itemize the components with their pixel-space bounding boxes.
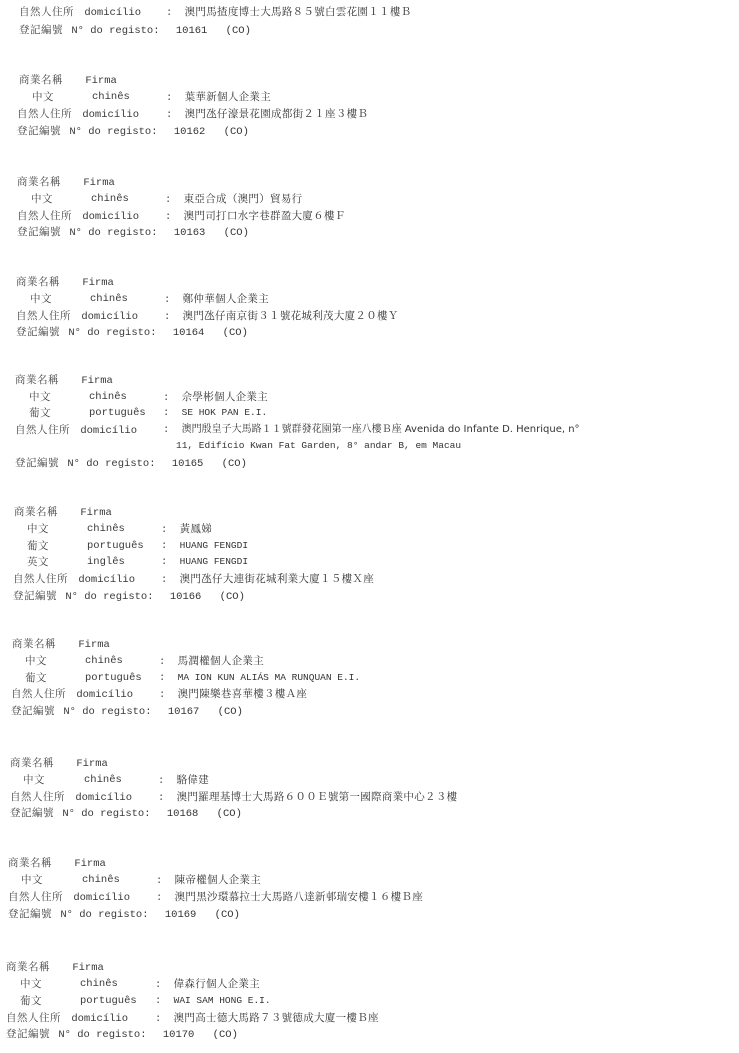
registo-label-pt: N° do registo: <box>62 808 150 820</box>
chines-label-pt: chinês <box>90 293 128 305</box>
firma-label-pt: Firma <box>82 277 114 289</box>
firma-label-zh: 商業名稱 <box>14 506 58 518</box>
domicilio-value: 澳門馬揸度博士大馬路８５號白雲花園１１樓Ｂ <box>185 6 412 18</box>
domicilio-label-zh: 自然人住所 <box>6 1012 61 1024</box>
chines-value: 偉森行個人企業主 <box>174 978 260 990</box>
chines-label-pt: chinês <box>87 523 125 535</box>
registo-label-zh: 登記編號 <box>13 590 57 602</box>
domicilio-label-pt: domicílio <box>81 311 138 323</box>
firma-label-pt: Firma <box>74 858 106 870</box>
portugues-value: WAI SAM HONG E.I. <box>174 995 271 1006</box>
registo-suffix: (CO) <box>224 227 249 239</box>
registo-suffix: (CO) <box>215 909 240 921</box>
portugues-label-pt: português <box>85 672 142 684</box>
firma-label-zh: 商業名稱 <box>6 961 50 973</box>
domicilio-label-zh: 自然人住所 <box>10 791 65 803</box>
registo-suffix: (CO) <box>223 327 248 339</box>
registo-number: 10164 <box>173 327 205 339</box>
colon: : <box>156 875 162 887</box>
chines-value: 鄭仲華個人企業主 <box>183 293 269 305</box>
firma-label-pt: Firma <box>83 177 115 189</box>
colon: : <box>158 775 164 787</box>
chines-label-zh: 中文 <box>25 655 47 667</box>
firma-label-pt: Firma <box>72 962 104 974</box>
colon: : <box>159 689 165 701</box>
colon: : <box>161 540 167 552</box>
domicilio-label-pt: domicílio <box>76 689 133 701</box>
domicilio-label-pt: domicílio <box>75 792 132 804</box>
domicilio-label-pt: domicílio <box>80 425 137 437</box>
chines-label-zh: 中文 <box>29 391 51 403</box>
chines-label-zh: 中文 <box>20 978 42 990</box>
domicilio-value: 澳門陳樂巷喜華樓３樓Ａ座 <box>178 688 308 700</box>
chines-label-pt: chinês <box>91 193 129 205</box>
colon: : <box>155 1013 161 1025</box>
registo-label-zh: 登記編號 <box>11 705 55 717</box>
colon: : <box>155 995 161 1007</box>
domicilio-value-continued: 11, Edifício Kwan Fat Garden, 8° andar B… <box>176 440 461 451</box>
portugues-label-pt: português <box>89 407 146 419</box>
registo-label-pt: N° do registo: <box>71 25 159 37</box>
chines-label-zh: 中文 <box>27 523 49 535</box>
firma-label-zh: 商業名稱 <box>17 176 61 188</box>
firma-label-pt: Firma <box>80 507 112 519</box>
chines-label-zh: 中文 <box>31 193 53 205</box>
chines-label-pt: chinês <box>80 978 118 990</box>
chines-value: 陳帝權個人企業主 <box>175 874 261 886</box>
colon: : <box>163 407 169 419</box>
registo-label-pt: N° do registo: <box>67 458 155 470</box>
registo-label-pt: N° do registo: <box>69 126 157 138</box>
firma-label-pt: Firma <box>78 639 110 651</box>
registo-suffix: (CO) <box>218 706 243 718</box>
registo-number: 10162 <box>174 126 206 138</box>
registo-label-zh: 登記編號 <box>17 226 61 238</box>
domicilio-value: 澳門氹仔濠景花園成都街２１座３樓Ｂ <box>185 108 369 120</box>
chines-label-zh: 中文 <box>23 774 45 786</box>
colon: : <box>156 892 162 904</box>
registo-label-zh: 登記編號 <box>19 24 63 36</box>
registo-number: 10169 <box>165 909 197 921</box>
colon: : <box>163 392 169 404</box>
domicilio-label-pt: domicílio <box>82 109 139 121</box>
registo-label-pt: N° do registo: <box>68 327 156 339</box>
registo-number: 10167 <box>168 706 200 718</box>
colon: : <box>166 92 172 104</box>
ingles-value: HUANG FENGDI <box>180 556 248 567</box>
chines-label-pt: chinês <box>89 391 127 403</box>
domicilio-label-zh: 自然人住所 <box>17 210 72 222</box>
chines-label-zh: 中文 <box>30 293 52 305</box>
colon: : <box>165 211 171 223</box>
colon: : <box>166 109 172 121</box>
registo-label-pt: N° do registo: <box>60 909 148 921</box>
colon: : <box>161 556 167 568</box>
domicilio-label-pt: domicílio <box>84 7 141 19</box>
domicilio-label-pt: domicílio <box>71 1013 128 1025</box>
portugues-label-zh: 葡文 <box>29 407 51 419</box>
firma-label-zh: 商業名稱 <box>16 276 60 288</box>
ingles-label-zh: 英文 <box>27 556 49 568</box>
registo-number: 10161 <box>176 25 208 37</box>
firma-label-pt: Firma <box>85 75 117 87</box>
domicilio-value: 澳門氹仔大連街花城利業大廈１５樓Ｘ座 <box>180 573 374 585</box>
registo-suffix: (CO) <box>224 126 249 138</box>
domicilio-label-zh: 自然人住所 <box>11 688 66 700</box>
firma-label-zh: 商業名稱 <box>15 374 59 386</box>
domicilio-label-pt: domicílio <box>82 211 139 223</box>
portugues-label-zh: 葡文 <box>20 995 42 1007</box>
registo-number: 10163 <box>174 227 206 239</box>
chines-value: 佘學彬個人企業主 <box>182 391 268 403</box>
chines-label-pt: chinês <box>84 774 122 786</box>
portugues-label-zh: 葡文 <box>27 540 49 552</box>
registo-label-zh: 登記編號 <box>6 1028 50 1040</box>
domicilio-label-zh: 自然人住所 <box>19 6 74 18</box>
portugues-value: HUANG FENGDI <box>180 540 248 551</box>
registo-label-zh: 登記編號 <box>10 807 54 819</box>
firma-label-zh: 商業名稱 <box>10 757 54 769</box>
chines-value: 黃鳳娣 <box>180 523 212 535</box>
domicilio-label-zh: 自然人住所 <box>16 310 71 322</box>
registo-label-zh: 登記編號 <box>17 125 61 137</box>
registo-label-pt: N° do registo: <box>65 591 153 603</box>
domicilio-value: 澳門氹仔南京街３１號花城利茂大廈２０樓Ｙ <box>183 310 399 322</box>
domicilio-value: 澳門高士德大馬路７３號德成大廈一樓Ｂ座 <box>174 1012 379 1024</box>
firma-label-pt: Firma <box>76 758 108 770</box>
ingles-label-pt: inglês <box>87 556 125 568</box>
domicilio-label-zh: 自然人住所 <box>15 424 70 436</box>
colon: : <box>159 656 165 668</box>
registo-number: 10170 <box>163 1029 195 1041</box>
colon: : <box>155 979 161 991</box>
colon: : <box>159 672 165 684</box>
registo-number: 10166 <box>170 591 202 603</box>
firma-label-zh: 商業名稱 <box>19 74 63 86</box>
chines-label-pt: chinês <box>82 874 120 886</box>
chines-value: 東亞合成（澳門）貿易行 <box>184 193 303 205</box>
registo-suffix: (CO) <box>222 458 247 470</box>
portugues-label-pt: português <box>87 540 144 552</box>
colon: : <box>163 424 169 436</box>
registo-suffix: (CO) <box>226 25 251 37</box>
registo-label-pt: N° do registo: <box>63 706 151 718</box>
registo-suffix: (CO) <box>213 1029 238 1041</box>
chines-label-pt: chinês <box>92 91 130 103</box>
registo-number: 10165 <box>172 458 204 470</box>
colon: : <box>161 574 167 586</box>
registo-label-zh: 登記編號 <box>8 908 52 920</box>
domicilio-label-zh: 自然人住所 <box>13 573 68 585</box>
chines-label-zh: 中文 <box>21 874 43 886</box>
portugues-value: MA ION KUN ALIÁS MA RUNQUAN E.I. <box>178 672 360 683</box>
registo-label-pt: N° do registo: <box>69 227 157 239</box>
firma-label-pt: Firma <box>81 375 113 387</box>
domicilio-value: 澳門羅理基博士大馬路６００Ｅ號第一國際商業中心２３樓 <box>177 791 458 803</box>
firma-label-zh: 商業名稱 <box>12 638 56 650</box>
registo-suffix: (CO) <box>217 808 242 820</box>
registo-label-zh: 登記編號 <box>16 326 60 338</box>
domicilio-value: 澳門殷皇子大馬路１１號群發花園第一座八樓Ｂ座 Avenida do Infant… <box>182 424 580 435</box>
colon: : <box>164 311 170 323</box>
colon: : <box>164 294 170 306</box>
registo-label-pt: N° do registo: <box>58 1029 146 1041</box>
registo-label-zh: 登記編號 <box>15 457 59 469</box>
chines-value: 葉華新個人企業主 <box>185 91 271 103</box>
portugues-value: SE HOK PAN E.I. <box>182 407 268 418</box>
registo-number: 10168 <box>167 808 199 820</box>
chines-value: 馬潤權個人企業主 <box>178 655 264 667</box>
domicilio-label-zh: 自然人住所 <box>8 891 63 903</box>
colon: : <box>166 7 172 19</box>
chines-label-zh: 中文 <box>32 91 54 103</box>
chines-label-pt: chinês <box>85 655 123 667</box>
chines-value: 駱偉建 <box>177 774 209 786</box>
domicilio-value: 澳門司打口水字巷群盈大廈６樓Ｆ <box>184 210 346 222</box>
domicilio-label-pt: domicílio <box>73 892 130 904</box>
colon: : <box>158 792 164 804</box>
domicilio-value: 澳門黑沙環慕拉士大馬路八達新邨瑞安樓１６樓Ｂ座 <box>175 891 423 903</box>
portugues-label-zh: 葡文 <box>25 672 47 684</box>
firma-label-zh: 商業名稱 <box>8 857 52 869</box>
registo-suffix: (CO) <box>220 591 245 603</box>
colon: : <box>161 524 167 536</box>
colon: : <box>165 194 171 206</box>
portugues-label-pt: português <box>80 995 137 1007</box>
domicilio-label-pt: domicílio <box>78 574 135 586</box>
domicilio-label-zh: 自然人住所 <box>17 108 72 120</box>
